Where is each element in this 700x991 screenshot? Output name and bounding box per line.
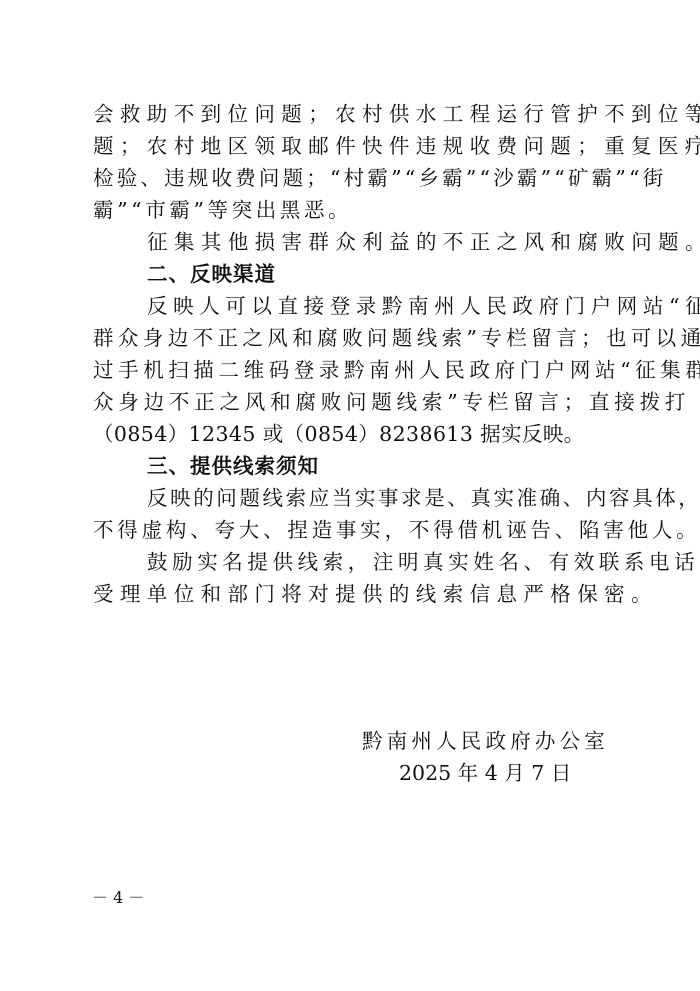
body-line: 会救助不到位问题；农村供水工程运行管护不到位等问 — [93, 98, 615, 130]
page-number: － 4 － — [92, 886, 144, 910]
body-line: 征集其他损害群众利益的不正之风和腐败问题。 — [93, 226, 615, 258]
document-body: 会救助不到位问题；农村供水工程运行管护不到位等问 题；农村地区领取邮件快件违规收… — [93, 98, 615, 610]
body-line: 群众身边不正之风和腐败问题线索”专栏留言；也可以通 — [93, 322, 615, 354]
issue-date: 2025 年 4 月 7 日 — [399, 757, 571, 789]
body-line: 不得虚构、夸大、捏造事实，不得借机诬告、陷害他人。 — [93, 514, 615, 546]
body-line: 反映的问题线索应当实事求是、真实准确、内容具体， — [93, 482, 615, 514]
contact-phone-line: （0854）12345 或（0854）8238613 据实反映。 — [93, 418, 615, 450]
body-line: 鼓励实名提供线索，注明真实姓名、有效联系电话， — [93, 546, 615, 578]
body-line: 霸”“市霸”等突出黑恶。 — [93, 194, 615, 226]
body-line: 众身边不正之风和腐败问题线索”专栏留言；直接拨打 — [93, 386, 615, 418]
issuer-signature: 黔南州人民政府办公室 — [362, 725, 609, 757]
body-line: 过手机扫描二维码登录黔南州人民政府门户网站“征集群 — [93, 354, 615, 386]
body-line: 题；农村地区领取邮件快件违规收费问题；重复医疗检查 — [93, 130, 615, 162]
section-heading-channels: 二、反映渠道 — [93, 258, 615, 290]
body-line: 反映人可以直接登录黔南州人民政府门户网站“征集 — [93, 290, 615, 322]
body-line: 受理单位和部门将对提供的线索信息严格保密。 — [93, 578, 615, 610]
body-line: 检验、违规收费问题；“村霸”“乡霸”“沙霸”“矿霸”“街 — [93, 162, 615, 194]
document-page: 会救助不到位问题；农村供水工程运行管护不到位等问 题；农村地区领取邮件快件违规收… — [0, 0, 700, 991]
section-heading-notice: 三、提供线索须知 — [93, 450, 615, 482]
